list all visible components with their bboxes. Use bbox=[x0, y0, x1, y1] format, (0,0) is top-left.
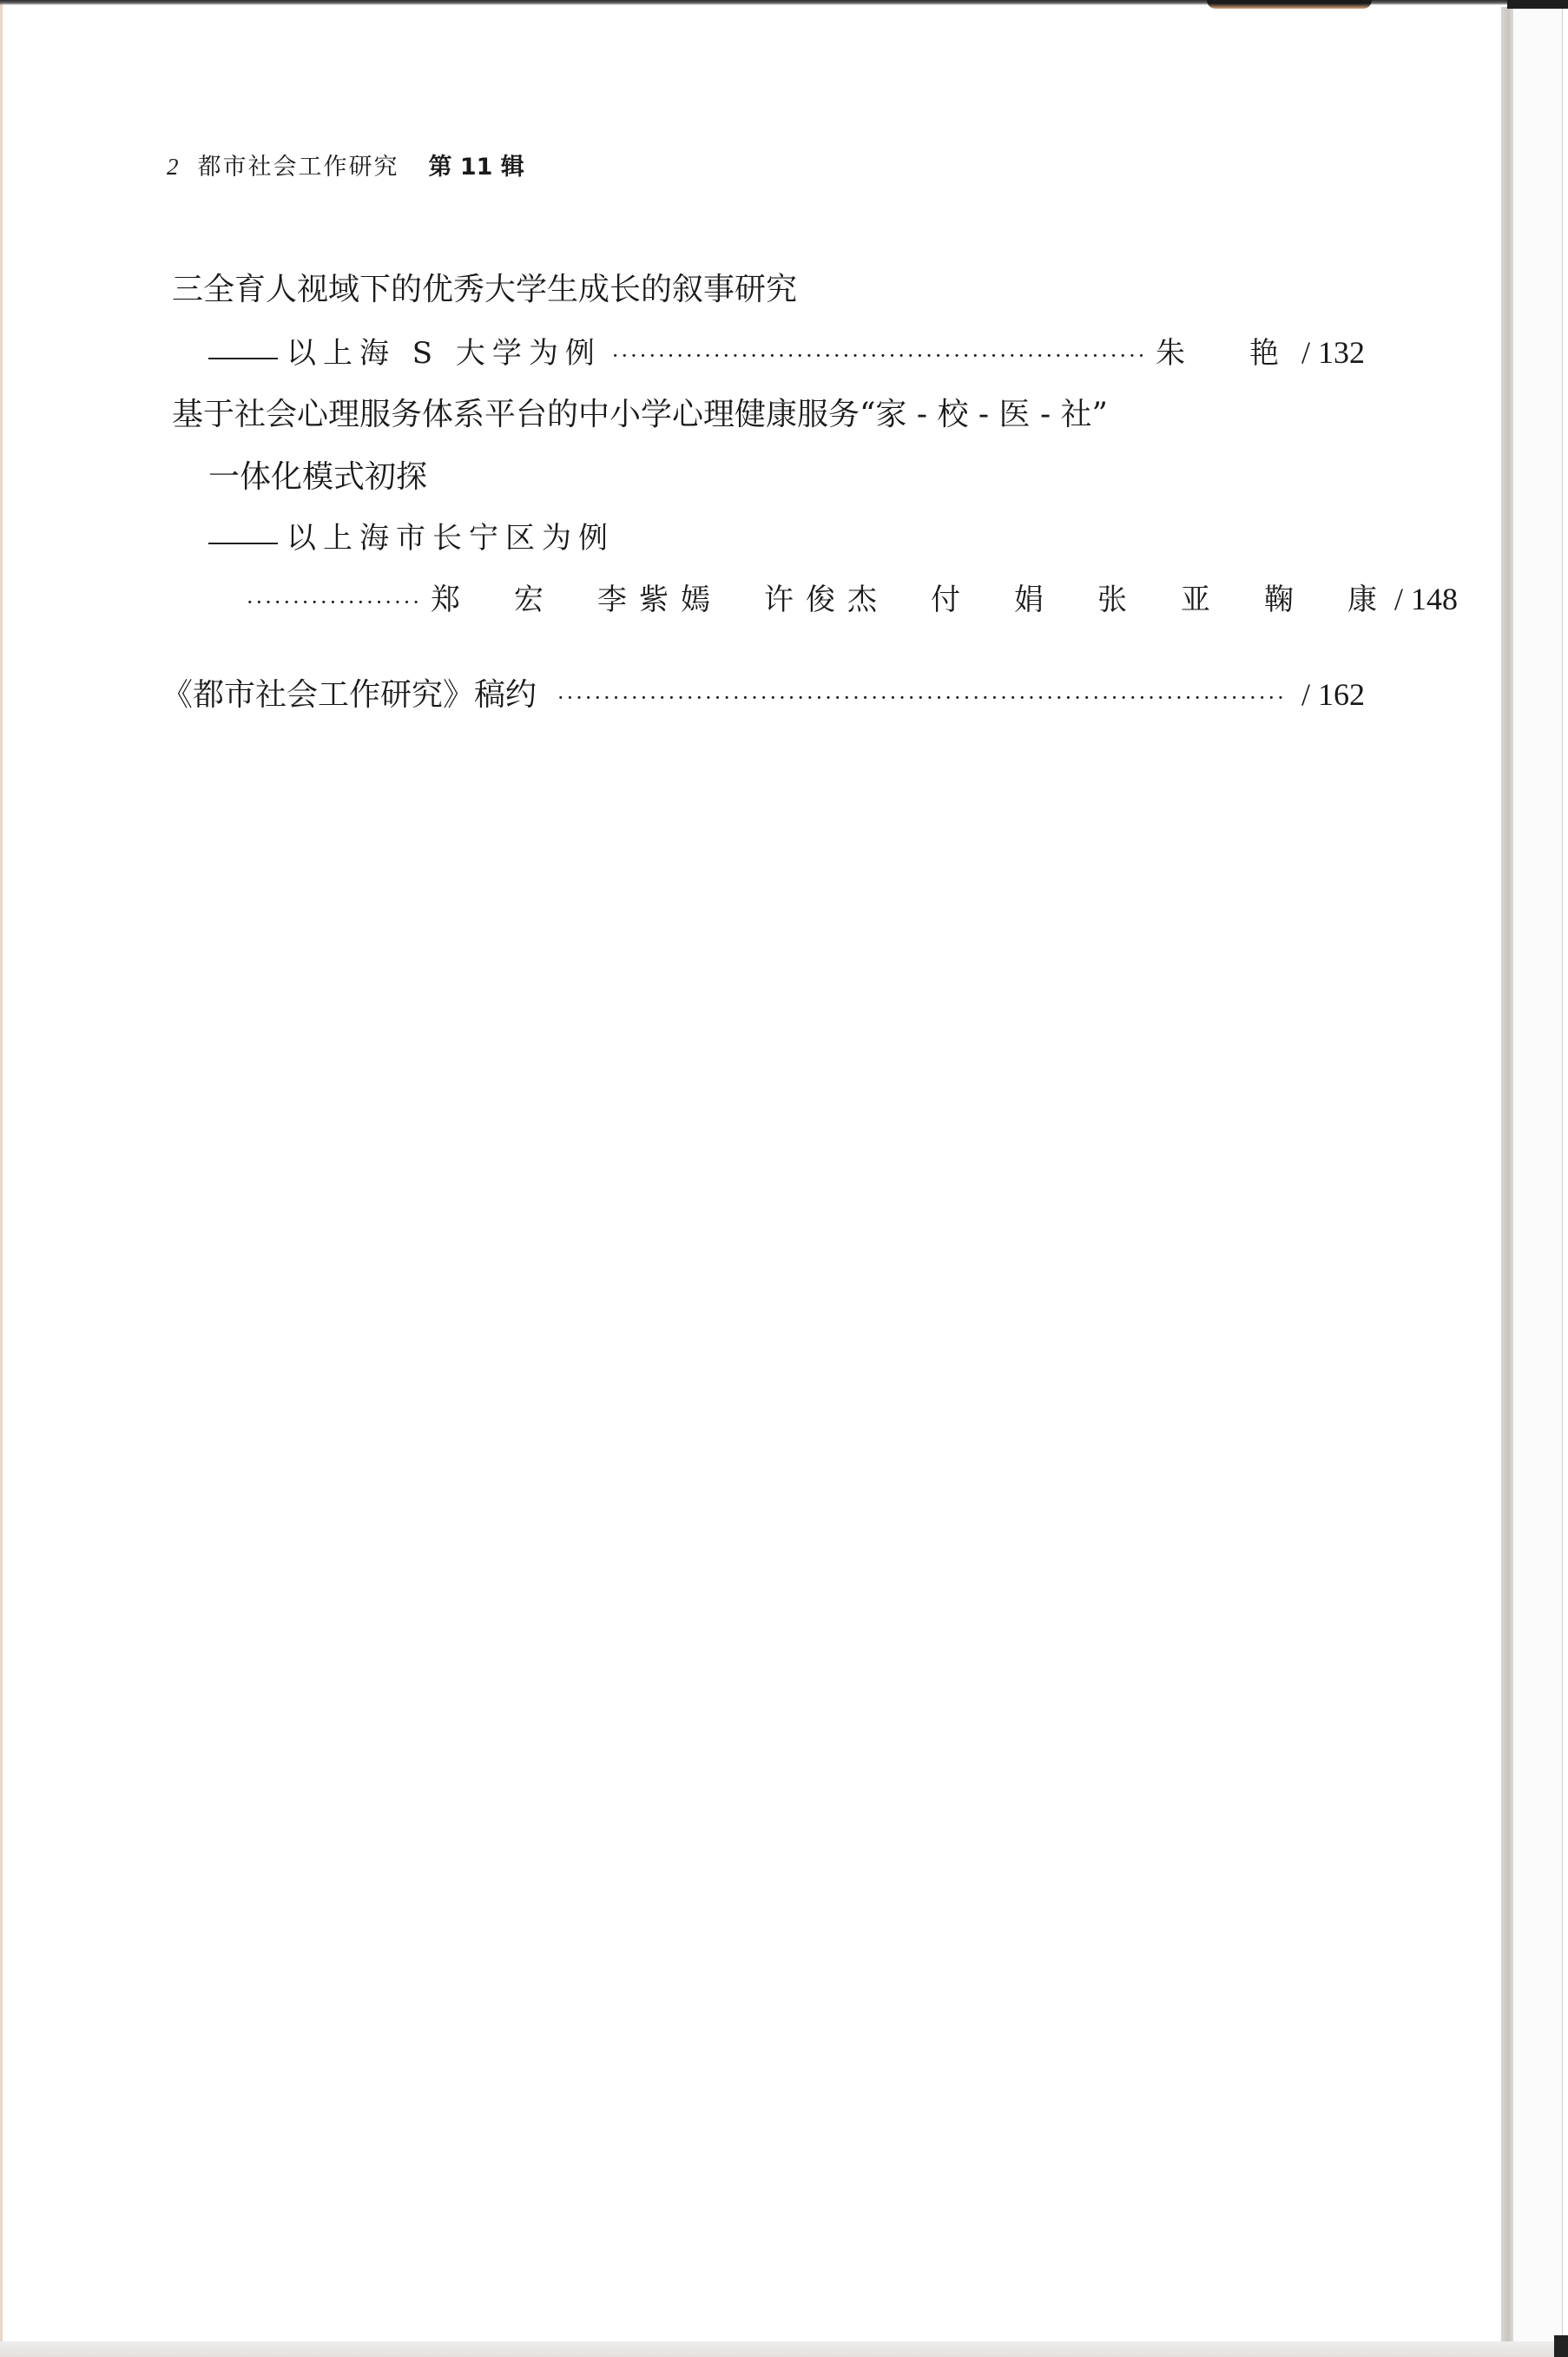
dot-leader bbox=[612, 337, 1145, 375]
scan-left-edge bbox=[0, 0, 3, 2357]
toc-entry-title-continued: 一体化模式初探 bbox=[208, 458, 427, 497]
dot-leader bbox=[247, 583, 420, 622]
scan-corner-top bbox=[1507, 0, 1568, 9]
adjacent-page-edge bbox=[1513, 9, 1563, 2342]
toc-entry-authors: 郑 宏 李紫嫣 许俊杰 付 娟 张 亚 鞠 康 bbox=[431, 581, 1389, 619]
dot-leader bbox=[557, 679, 1286, 717]
toc-entry-subtitle: 以上海市长宁区为例 bbox=[287, 519, 615, 557]
toc-entry-subtitle: 以上海 S 大学为例 bbox=[287, 334, 602, 372]
toc-entry-page: / 162 bbox=[1301, 675, 1365, 714]
scan-bottom-edge bbox=[0, 2341, 1554, 2357]
toc-entry-authors: 朱 艳 bbox=[1156, 334, 1296, 372]
em-dash bbox=[208, 358, 278, 359]
toc-entry-subtitle-row: 以上海市长宁区为例 bbox=[208, 519, 1365, 557]
toc-entry-page: / 132 bbox=[1301, 333, 1365, 372]
page-binding-shadow bbox=[1501, 7, 1513, 2342]
toc-entry-author-row: 郑 宏 李紫嫣 许俊杰 付 娟 张 亚 鞠 康 / 148 bbox=[247, 580, 1365, 622]
toc-entry-row: 《都市社会工作研究》稿约 / 162 bbox=[172, 675, 1365, 717]
table-of-contents: 三全育人视域下的优秀大学生成长的叙事研究 以上海 S 大学为例 朱 艳 / 13… bbox=[172, 0, 1365, 781]
toc-entry-title: 基于社会心理服务体系平台的中小学心理健康服务“家 - 校 - 医 - 社” bbox=[172, 396, 1108, 434]
toc-entry-title: 三全育人视域下的优秀大学生成长的叙事研究 bbox=[172, 271, 797, 309]
scan-corner-bottom bbox=[1554, 2335, 1568, 2357]
toc-entry-subtitle-row: 以上海 S 大学为例 朱 艳 / 132 bbox=[208, 333, 1365, 375]
em-dash bbox=[208, 543, 278, 544]
toc-entry-page: / 148 bbox=[1394, 580, 1458, 618]
toc-entry-title: 《都市社会工作研究》稿约 bbox=[161, 676, 537, 714]
